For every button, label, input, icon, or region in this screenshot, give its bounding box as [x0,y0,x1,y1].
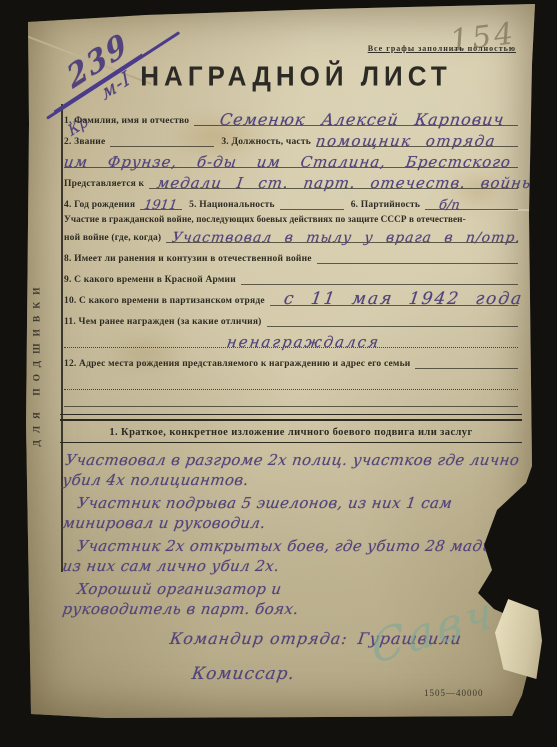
field-partisan-since-label: 10. С какого времени в партизанском отря… [64,296,265,306]
field-prior-awards-label: 11. Чем ранее награжден (за какие отличи… [64,317,262,327]
field-red-army-since-line [241,284,518,285]
feat-description: Участвовал в разгроме 2х полиц. участков… [64,450,518,619]
binding-side-label: ДЛЯ ПОДШИВКИ [33,254,48,474]
commissar-signature-line: Комиссар. [192,664,518,684]
field-address-blank-1 [64,369,518,390]
field-party-line: б/п [425,198,518,210]
form-content: Все графы заполнить полностью НАГРАДНОЙ … [64,44,518,684]
feat-paragraph-4: Хороший организатор и руководитель в пар… [61,579,407,619]
field-red-army-since-label: 9. С какого времени в Красной Армии [64,275,236,285]
field-prior-awards-value: ненаграждался [226,333,382,351]
feat-paragraph-2: Участник подрыва 5 эшелонов, из них 1 са… [61,493,521,533]
feat-paragraph-1: Участвовал в разгроме 2х полиц. участков… [61,450,521,490]
field-party-label: 6. Партийность [351,200,420,210]
field-presented-for-label: Представляется к [64,179,144,189]
field-rank-label: 2. Звание [64,137,105,147]
field-name-label: 1. Фамилия, имя и отчество [64,116,189,126]
field-prior-awards-continuation: ненаграждался [64,327,518,348]
field-war-participation-line: Участвовал в тылу у врага в п/отр. [166,230,518,243]
field-address: 12. Адрес места рождения представляемого… [64,348,518,369]
feat-paragraph-3: Участник 2х открытых боев, где убито 28 … [61,536,521,576]
field-position-cont-line: им Фрунзе, б-ды им Сталина, Брестского с… [64,153,518,168]
field-address-blank-line-2 [64,406,518,407]
field-presented-for: Представляется к медали I ст. парт. отеч… [64,168,518,189]
feat-section-heading: 1. Краткое, конкретное изложение личного… [64,427,518,438]
field-partisan-since: 10. С какого времени в партизанском отря… [64,285,518,306]
feat-section-rule [60,442,522,443]
field-birth-nationality-party: 4. Год рождения 1911 5. Национальность 6… [64,189,518,210]
form-title: НАГРАДНОЙ ЛИСТ [74,60,518,93]
field-war-participation-label-line2: ной войне (где, когда) [64,233,161,243]
field-presented-for-line: медали I ст. парт. отечеств. войны [149,174,518,189]
field-name-value: Семенюк Алексей Карпович [193,110,506,129]
field-wounds-label: 8. Имеет ли ранения и контузии в отечест… [64,254,312,264]
field-address-blank-line-1 [64,389,518,390]
field-prior-awards-line [267,326,518,327]
field-position-continuation: им Фрунзе, б-ды им Сталина, Брестского с… [64,147,518,168]
commander-label: Командир отряда: [169,629,350,648]
print-run-code: 1505—40000 [424,688,484,698]
field-war-participation: ной войне (где, когда) Участвовал в тылу… [64,224,518,243]
field-rank-position: 2. Звание 3. Должность, часть помощник о… [64,126,518,147]
field-nationality-line [280,209,344,210]
field-prior-awards: 11. Чем ранее награжден (за какие отличи… [64,306,518,327]
field-name-line: Семенюк Алексей Карпович [194,110,518,126]
field-party-value: б/п [424,198,461,213]
field-prior-awards-cont-line: ненаграждался [64,333,518,348]
field-address-blank-2 [64,390,518,407]
field-birth-year-value: 1911 [139,198,178,213]
field-partisan-since-line: с 11 мая 1942 года [270,289,518,306]
fill-instruction: Все графы заполнить полностью [64,44,516,53]
field-position-line: помощник отряда [316,132,518,147]
field-presented-for-value: медали I ст. парт. отечеств. войны [148,174,537,192]
document-photo: ДЛЯ ПОДШИВКИ Кр 239 м-I 154 Все графы за… [0,0,557,747]
field-wounds: 8. Имеет ли ранения и контузии в отечест… [64,243,518,264]
field-position-cont-value: им Фрунзе, б-ды им Сталина, Брестского с… [63,153,557,171]
field-address-line [415,368,518,369]
field-birth-year-label: 4. Год рождения [64,200,135,210]
field-partisan-since-value: с 11 мая 1942 года [268,289,524,309]
field-nationality-label: 5. Национальность [189,200,275,210]
field-position-value: помощник отряда [315,132,498,150]
field-position-label: 3. Должность, часть [221,137,311,147]
section-divider-double-rule [60,414,522,421]
binding-margin-rule [61,104,63,572]
field-address-label: 12. Адрес места рождения представляемого… [64,359,410,369]
field-name: 1. Фамилия, имя и отчество Семенюк Алекс… [64,105,518,126]
field-rank-line [110,146,214,147]
field-war-participation-label-line1: Участие в гражданской войне, последующих… [64,214,518,224]
field-birth-year-line: 1911 [140,198,182,210]
field-red-army-since: 9. С какого времени в Красной Армии [64,264,518,285]
commissar-label: Комиссар. [191,664,297,684]
field-war-participation-value: Участвовал в тылу у врага в п/отр. [165,230,522,246]
award-sheet-paper: ДЛЯ ПОДШИВКИ Кр 239 м-I 154 Все графы за… [26,4,536,718]
field-wounds-line [317,263,518,264]
